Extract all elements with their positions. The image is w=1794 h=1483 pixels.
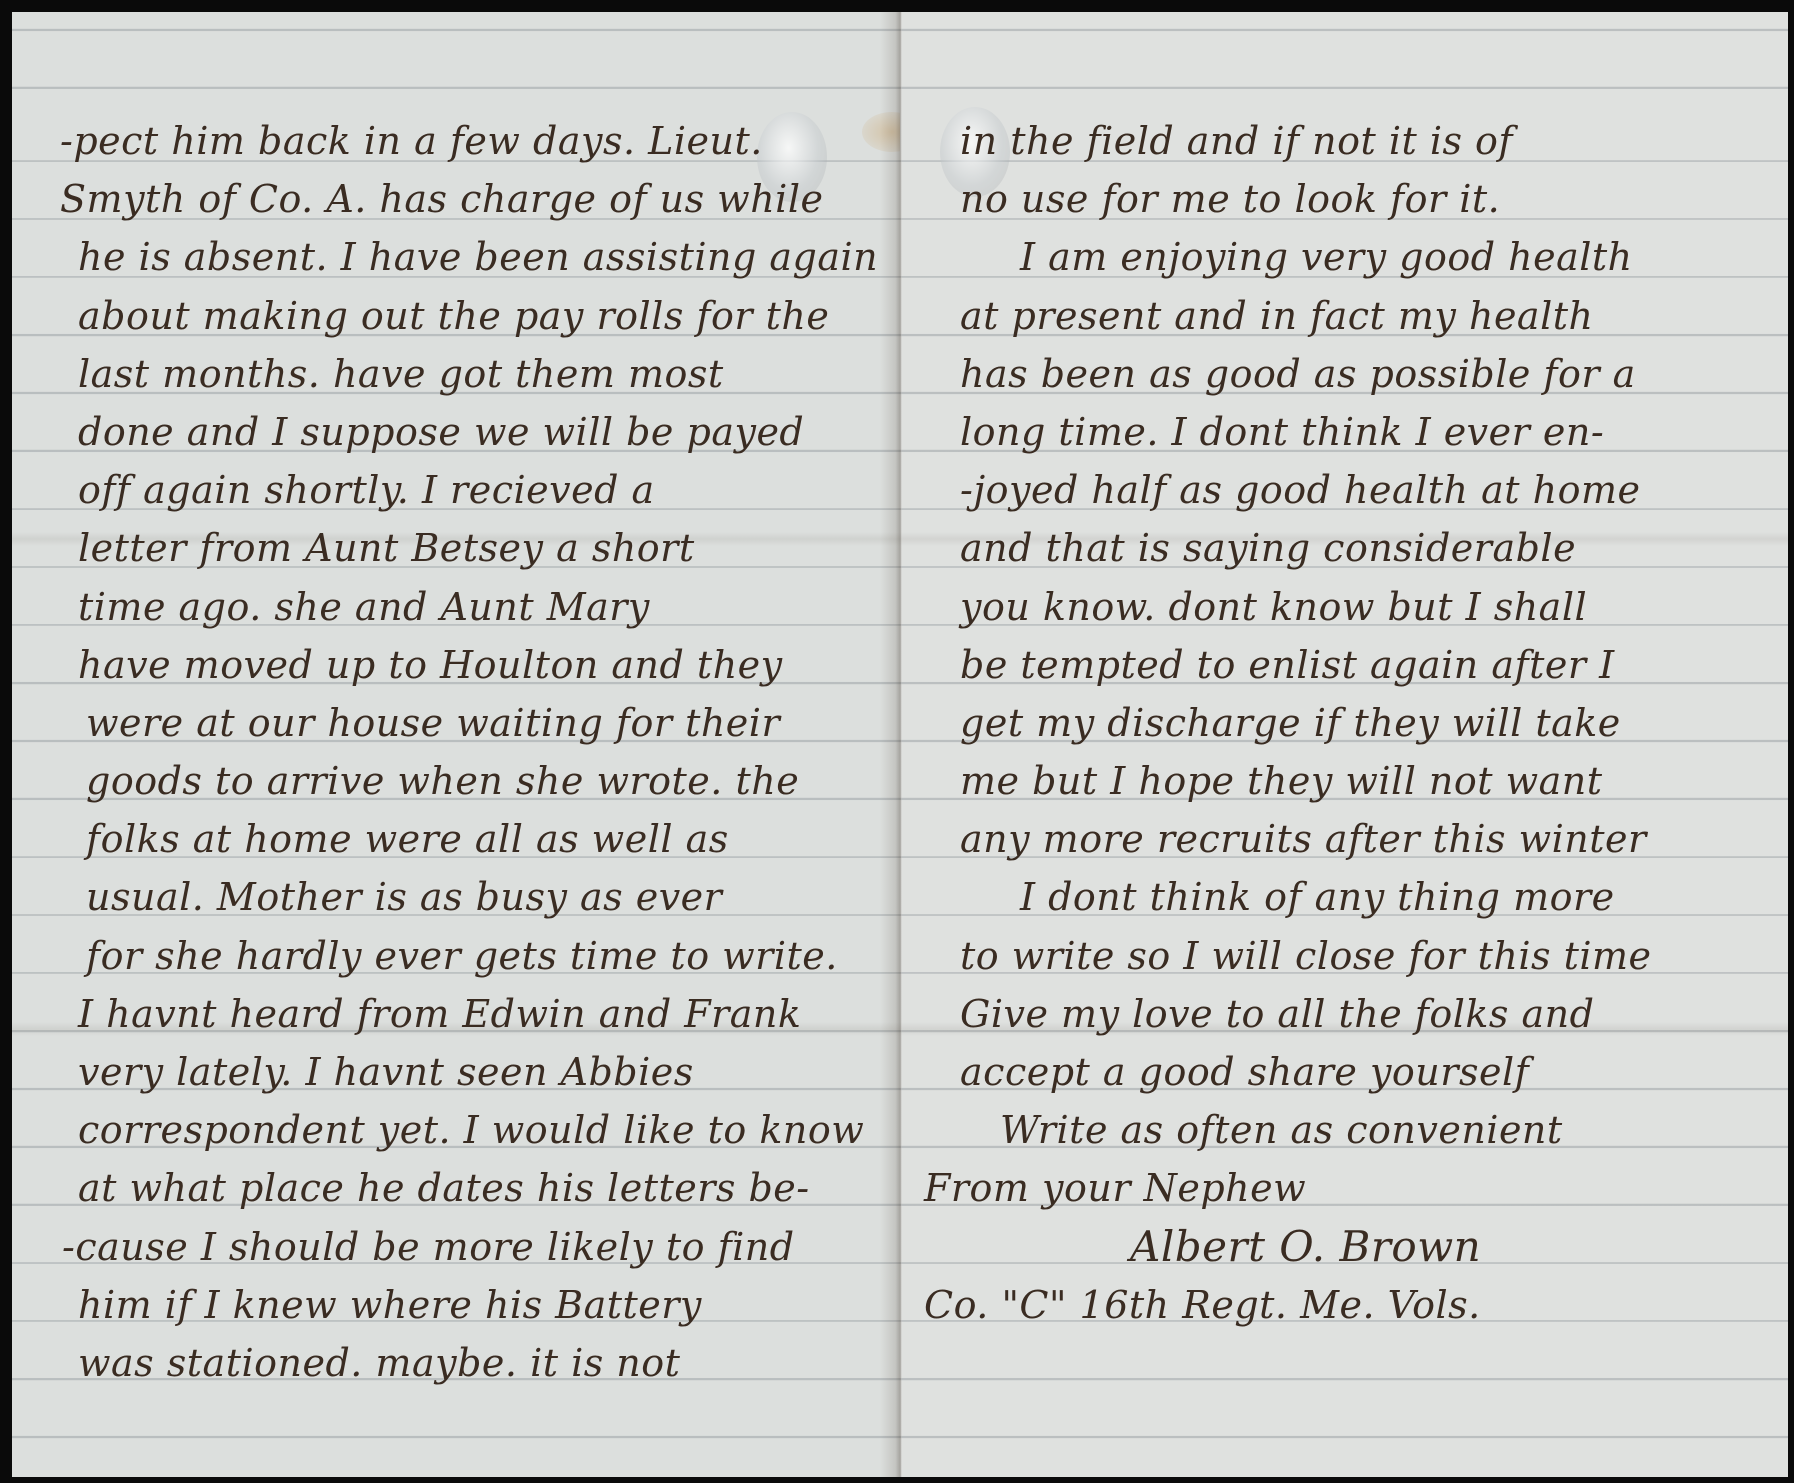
text-line: was stationed. maybe. it is not xyxy=(12,1334,900,1392)
text-line: in the field and if not it is of xyxy=(900,112,1788,170)
text-line: accept a good share yourself xyxy=(900,1043,1788,1101)
text-line: and that is saying considerable xyxy=(900,519,1788,577)
text-line: goods to arrive when she wrote. the xyxy=(12,752,900,810)
text-line: I am enjoying very good health xyxy=(900,228,1788,286)
text-line: usual. Mother is as busy as ever xyxy=(12,868,900,926)
text-line: I dont think of any thing more xyxy=(900,868,1788,926)
closing: From your Nephew xyxy=(900,1159,1788,1217)
text-line: no use for me to look for it. xyxy=(900,170,1788,228)
text-line: Give my love to all the folks and xyxy=(900,985,1788,1043)
text-line: very lately. I havnt seen Abbies xyxy=(12,1043,900,1101)
text-line: folks at home were all as well as xyxy=(12,810,900,868)
text-line: done and I suppose we will be payed xyxy=(12,403,900,461)
left-page: -pect him back in a few days. Lieut. Smy… xyxy=(12,12,900,1477)
signature: Albert O. Brown xyxy=(900,1218,1788,1276)
text-line: be tempted to enlist again after I xyxy=(900,636,1788,694)
text-line: Smyth of Co. A. has charge of us while xyxy=(12,170,900,228)
letter-text-right: in the field and if not it is of no use … xyxy=(900,112,1788,1334)
letter-spread: -pect him back in a few days. Lieut. Smy… xyxy=(12,12,1788,1477)
text-line: have moved up to Houlton and they xyxy=(12,636,900,694)
text-line: for she hardly ever gets time to write. xyxy=(12,927,900,985)
text-line: Write as often as convenient xyxy=(900,1101,1788,1159)
text-line: me but I hope they will not want xyxy=(900,752,1788,810)
text-line: you know. dont know but I shall xyxy=(900,578,1788,636)
right-page: in the field and if not it is of no use … xyxy=(900,12,1788,1477)
text-line: -joyed half as good health at home xyxy=(900,461,1788,519)
text-line: letter from Aunt Betsey a short xyxy=(12,519,900,577)
text-line: long time. I dont think I ever en- xyxy=(900,403,1788,461)
text-line: about making out the pay rolls for the xyxy=(12,287,900,345)
text-line: he is absent. I have been assisting agai… xyxy=(12,228,900,286)
text-line: off again shortly. I recieved a xyxy=(12,461,900,519)
unit-designation: Co. "C" 16th Regt. Me. Vols. xyxy=(900,1276,1788,1334)
text-line: -pect him back in a few days. Lieut. xyxy=(12,112,900,170)
text-line: at present and in fact my health xyxy=(900,287,1788,345)
text-line: has been as good as possible for a xyxy=(900,345,1788,403)
text-line: I havnt heard from Edwin and Frank xyxy=(12,985,900,1043)
text-line: to write so I will close for this time xyxy=(900,927,1788,985)
text-line: were at our house waiting for their xyxy=(12,694,900,752)
text-line: at what place he dates his letters be- xyxy=(12,1159,900,1217)
center-fold xyxy=(880,12,902,1477)
letter-text-left: -pect him back in a few days. Lieut. Smy… xyxy=(12,112,900,1392)
text-line: him if I knew where his Battery xyxy=(12,1276,900,1334)
text-line: get my discharge if they will take xyxy=(900,694,1788,752)
text-line: time ago. she and Aunt Mary xyxy=(12,578,900,636)
text-line: -cause I should be more likely to find xyxy=(12,1218,900,1276)
text-line: last months. have got them most xyxy=(12,345,900,403)
text-line: any more recruits after this winter xyxy=(900,810,1788,868)
text-line: correspondent yet. I would like to know xyxy=(12,1101,900,1159)
